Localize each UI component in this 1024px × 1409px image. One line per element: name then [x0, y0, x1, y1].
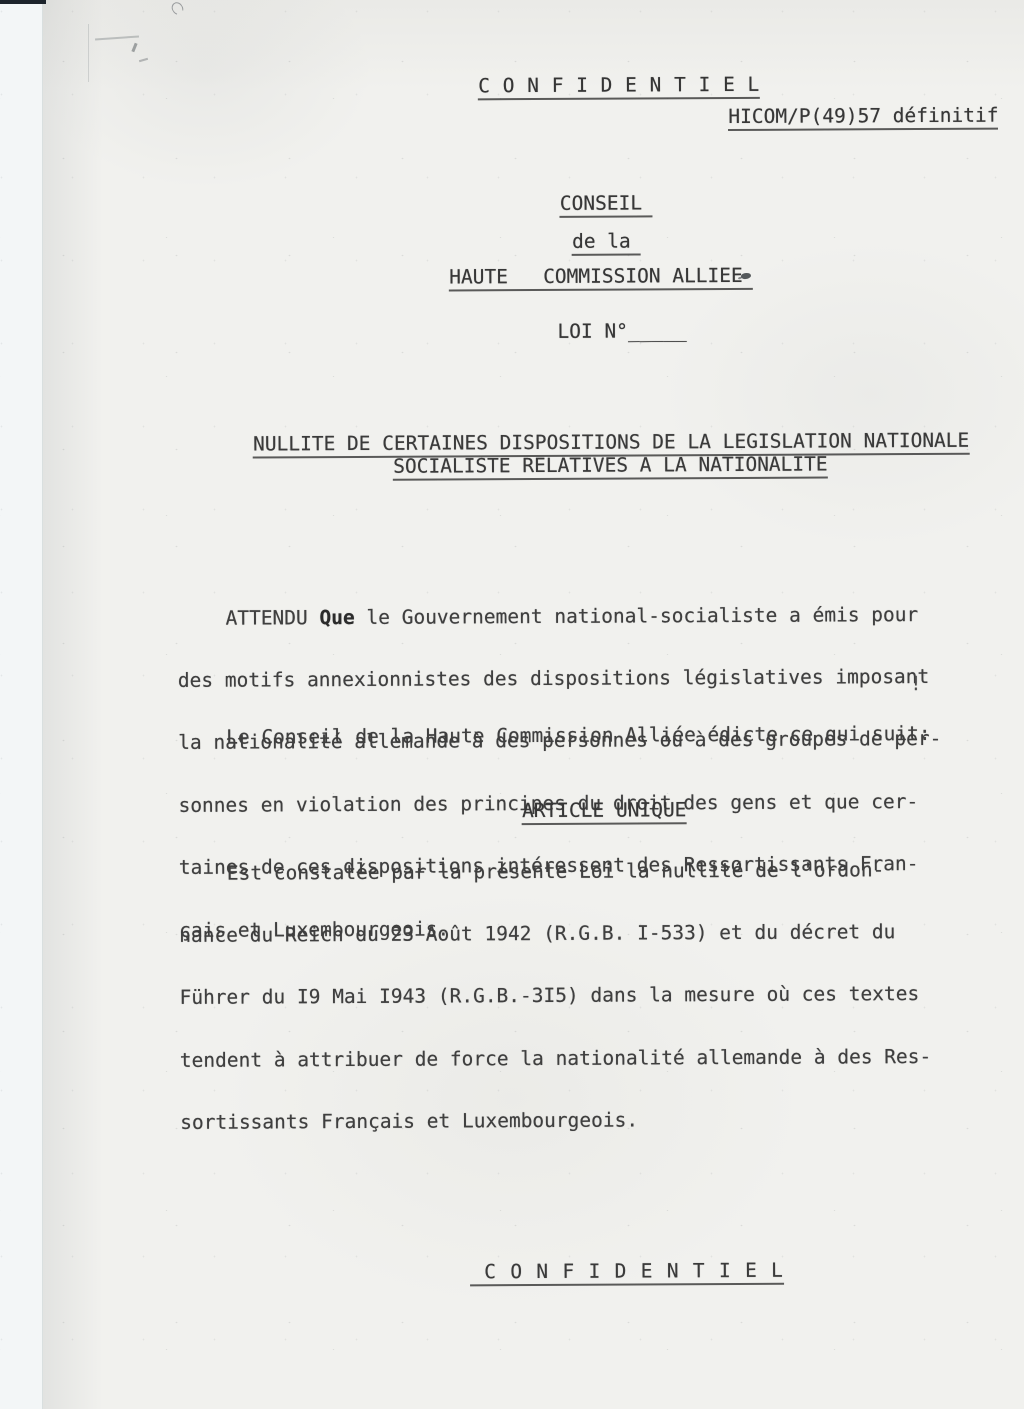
- preamble-line: ATTENDU Que le Gouvernement national-soc…: [178, 604, 958, 629]
- typewritten-content: C O N F I D E N T I E L HICOM/P(49)57 dé…: [0, 0, 1024, 1409]
- article-line: nance du Reich du 23 Août 1942 (R.G.B. I…: [179, 922, 959, 947]
- article-paragraph: Est constatée par la présente Loi la nul…: [179, 818, 961, 1176]
- classification-footer-text: C O N F I D E N T I E L: [470, 1261, 784, 1286]
- preamble-emphasis: Que: [319, 606, 354, 629]
- article-line: tendent à attribuer de force la national…: [180, 1047, 960, 1072]
- masthead-commission-text: HAUTE COMMISSION ALLIEE: [449, 266, 753, 291]
- document-title-line2: SOCIALISTE RELATIVES A LA NATIONALITE: [323, 433, 828, 501]
- article-line: Est constatée par la présente Loi la nul…: [179, 859, 959, 884]
- preamble-lead: ATTENDU: [226, 606, 320, 629]
- article-line: sortissants Français et Luxembourgeois.: [180, 1109, 960, 1134]
- document-reference: HICOM/P(49)57 définitif: [658, 85, 999, 152]
- law-number-blank: _____: [628, 319, 687, 342]
- document-reference-text: HICOM/P(49)57 définitif: [728, 105, 998, 130]
- enacting-clause: Le Conseil de la Haute Commission Alliée…: [178, 724, 1006, 749]
- article-line: Führer du I9 Mai I943 (R.G.B.-3I5) dans …: [180, 984, 960, 1009]
- preamble-first-line-rest: le Gouvernement national-socialiste a ém…: [355, 603, 919, 629]
- law-number-label: LOI N°: [557, 319, 628, 342]
- law-number-line: LOI N°_____: [487, 300, 687, 363]
- preamble-line: des motifs annexionnistes des dispositio…: [178, 667, 958, 692]
- classification-footer: C O N F I D E N T I E L: [392, 1240, 785, 1307]
- document-title-line2-text: SOCIALISTE RELATIVES A LA NATIONALITE: [393, 454, 828, 480]
- scanned-document-page: C O N F I D E N T I E L HICOM/P(49)57 dé…: [0, 0, 1024, 1409]
